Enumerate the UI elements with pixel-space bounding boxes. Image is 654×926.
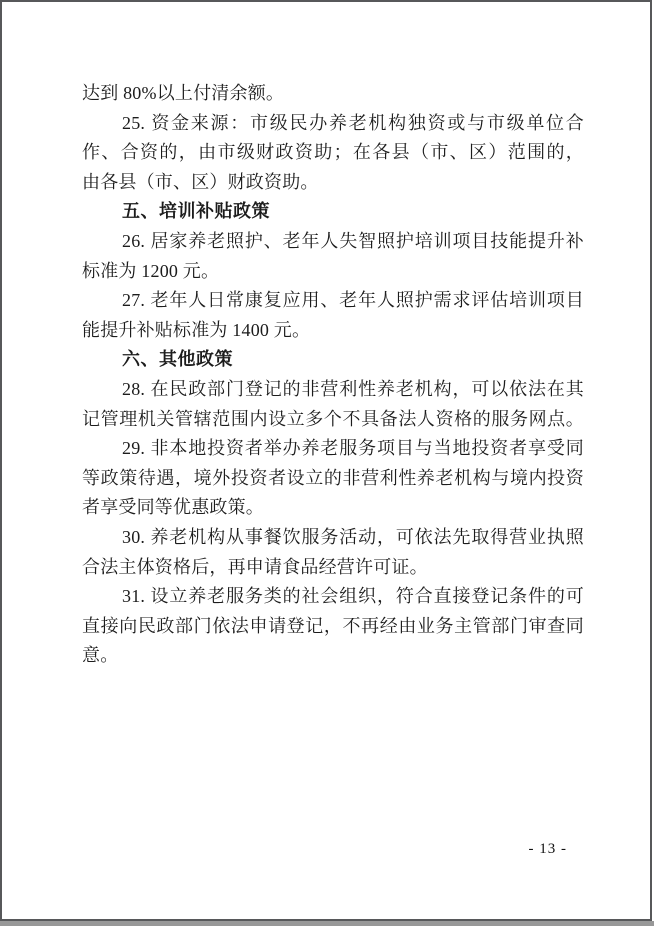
page-edge-shadow [0,921,654,926]
text-line: 30. 养老机构从事餐饮服务活动，可依法先取得营业执照等 [82,523,584,553]
text-line: 达到 80%以上付清余额。 [82,79,584,109]
text-line: 28. 在民政部门登记的非营利性养老机构，可以依法在其登 [82,375,584,405]
text-line: 31. 设立养老服务类的社会组织，符合直接登记条件的可以 [82,582,584,612]
document-page: 达到 80%以上付清余额。25. 资金来源：市级民办养老机构独资或与市级单位合作… [0,0,654,926]
text-line: 作、合资的，由市级财政资助；在各县（市、区）范围的， [82,138,584,168]
document-body: 达到 80%以上付清余额。25. 资金来源：市级民办养老机构独资或与市级单位合作… [82,79,584,671]
text-line: 合法主体资格后，再申请食品经营许可证。 [82,553,584,583]
section-heading: 六、其他政策 [82,345,584,375]
text-line: 意。 [82,641,584,671]
text-line: 25. 资金来源：市级民办养老机构独资或与市级单位合 [82,109,584,139]
text-line: 等政策待遇，境外投资者设立的非营利性养老机构与境内投资 [82,464,584,494]
text-line: 直接向民政部门依法申请登记，不再经由业务主管部门审查同 [82,612,584,642]
section-heading: 五、培训补贴政策 [82,197,584,227]
text-line: 由各县（市、区）财政资助。 [82,168,584,198]
text-line: 记管理机关管辖范围内设立多个不具备法人资格的服务网点。 [82,405,584,435]
text-line: 者享受同等优惠政策。 [82,493,584,523]
text-line: 27. 老年人日常康复应用、老年人照护需求评估培训项目技 [82,286,584,316]
page-number: - 13 - [529,841,568,858]
text-line: 标准为 1200 元。 [82,257,584,287]
text-line: 26. 居家养老照护、老年人失智照护培训项目技能提升补贴 [82,227,584,257]
text-line: 能提升补贴标准为 1400 元。 [82,316,584,346]
text-line: 29. 非本地投资者举办养老服务项目与当地投资者享受同 [82,434,584,464]
